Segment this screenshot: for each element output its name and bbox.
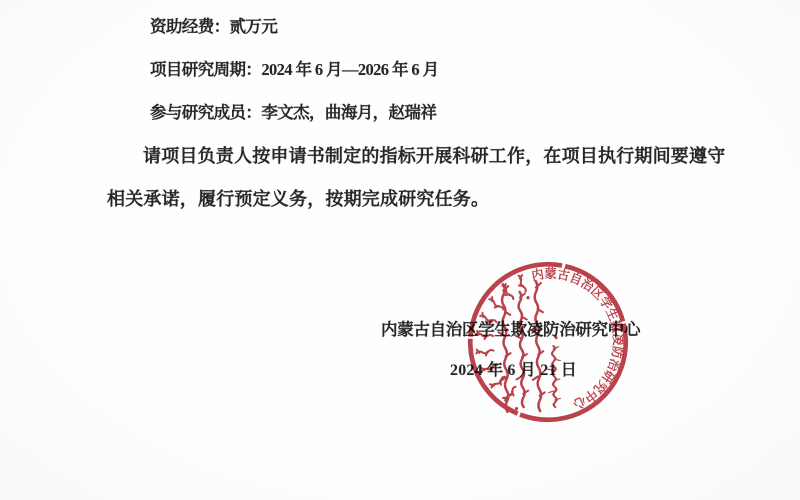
seal-arc-text: 内蒙古自治区学生欺凌防治研究中心 xyxy=(530,263,628,414)
body-paragraph-line-2: 相关承诺，履行预定义务，按期完成研究任务。 xyxy=(107,185,489,211)
members-line: 参与研究成员：李文杰，曲海月，赵瑞祥 xyxy=(150,99,436,123)
seal-mongolian-columns-icon xyxy=(497,280,562,412)
scanned-document-page: 资助经费：贰万元 项目研究周期：2024 年 6 月—2026 年 6 月 参与… xyxy=(0,0,800,500)
research-period-value: 2024 年 6 月—2026 年 6 月 xyxy=(261,60,438,79)
research-period-label: 项目研究周期： xyxy=(150,60,261,79)
official-seal-graphic: 内蒙古自治区学生欺凌防治研究中心 xyxy=(455,249,641,435)
seal-ring-icon xyxy=(468,262,629,423)
funding-value: 贰万元 xyxy=(230,17,278,36)
funding-label: 资助经费： xyxy=(150,17,230,36)
members-label: 参与研究成员： xyxy=(150,103,261,122)
members-value: 李文杰，曲海月，赵瑞祥 xyxy=(261,103,436,122)
research-period-line: 项目研究周期：2024 年 6 月—2026 年 6 月 xyxy=(150,56,438,80)
funding-line: 资助经费：贰万元 xyxy=(150,13,277,37)
official-seal: 内蒙古自治区学生欺凌防治研究中心 xyxy=(455,249,641,435)
body-paragraph-line-1: 请项目负责人按申请书制定的指标开展科研工作，在项目执行期间要遵守 xyxy=(143,142,725,168)
